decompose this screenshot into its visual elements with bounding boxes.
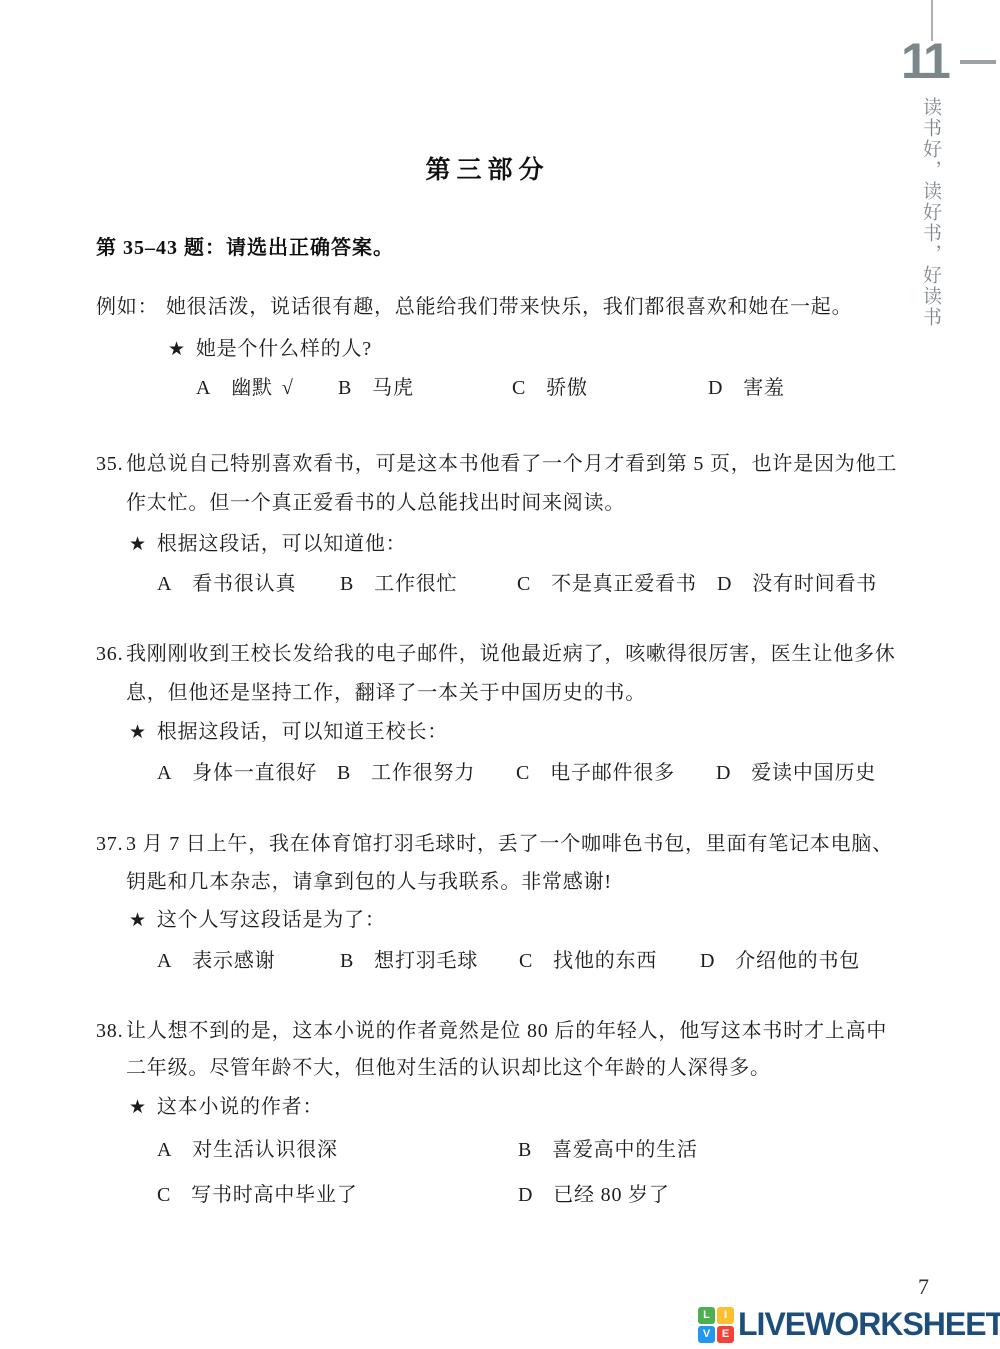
option-text: 想打羽毛球 bbox=[374, 950, 478, 972]
question-row: 35.他总说自己特别喜欢看书，可是这本书他看了一个月才看到第 5 页，也许是因为… bbox=[96, 451, 930, 478]
option-a: A幽默√ bbox=[196, 375, 294, 402]
question-text-line: 他总说自己特别喜欢看书，可是这本书他看了一个月才看到第 5 页，也许是因为他工 bbox=[126, 453, 897, 475]
chapter-dash bbox=[960, 60, 996, 64]
question-number: 36. bbox=[96, 641, 126, 668]
option-d: D爱读中国历史 bbox=[716, 760, 876, 787]
question-prompt: 这个人写这段话是为了： bbox=[157, 909, 386, 931]
option-text: 幽默 bbox=[231, 377, 273, 399]
option-b: B工作很忙 bbox=[340, 571, 457, 598]
option-a: A身体一直很好 bbox=[157, 760, 317, 787]
page-title: 第三部分 bbox=[0, 150, 975, 186]
question-row: 作太忙。但一个真正爱看书的人总能找出时间来阅读。 bbox=[96, 490, 930, 517]
correct-checkmark: √ bbox=[282, 375, 294, 402]
example-text: 她很活泼，说话很有趣，总能给我们带来快乐，我们都很喜欢和她在一起。 bbox=[166, 296, 852, 318]
worksheet-page: 11 读书好，读好书，好读书 第三部分 第 35–43 题：请选出正确答案。 例… bbox=[0, 0, 1000, 1349]
star-icon: ★ bbox=[129, 531, 147, 558]
example-row: 例如：她很活泼，说话很有趣，总能给我们带来快乐，我们都很喜欢和她在一起。 bbox=[96, 294, 930, 321]
option-text: 对生活认识很深 bbox=[192, 1139, 338, 1161]
option-letter: B bbox=[340, 571, 354, 598]
brand-name: LIVEWORKSHEETS bbox=[738, 1306, 1000, 1343]
option-letter: D bbox=[716, 760, 731, 787]
liveworksheets-logo: L I V E LIVEWORKSHEETS bbox=[698, 1306, 1000, 1343]
question-number: 35. bbox=[96, 451, 126, 478]
option-letter: B bbox=[337, 760, 351, 787]
option-text: 没有时间看书 bbox=[752, 573, 877, 595]
chapter-number: 11 bbox=[901, 36, 951, 86]
example-question: 她是个什么样的人? bbox=[196, 338, 372, 360]
question-text-line: 我刚刚收到王校长发给我的电子邮件，说他最近病了，咳嗽得很厉害，医生让他多休 bbox=[126, 643, 896, 665]
option-letter: C bbox=[512, 375, 526, 402]
logo-square-e: E bbox=[717, 1326, 734, 1343]
page-number: 7 bbox=[918, 1274, 929, 1300]
option-text: 已经 80 岁了 bbox=[553, 1184, 669, 1206]
example-question-row: ★她是个什么样的人? bbox=[168, 336, 930, 363]
option-text: 电子邮件很多 bbox=[550, 762, 675, 784]
option-letter: A bbox=[196, 375, 211, 402]
option-c: C电子邮件很多 bbox=[516, 760, 675, 787]
question-prompt-row: ★这个人写这段话是为了： bbox=[129, 907, 930, 934]
question-text-line: 让人想不到的是，这本小说的作者竟然是位 80 后的年轻人，他写这本书时才上高中 bbox=[126, 1020, 887, 1042]
question-prompt: 根据这段话，可以知道王校长： bbox=[157, 721, 448, 743]
question-row: 37.3 月 7 日上午，我在体育馆打羽毛球时，丢了一个咖啡色书包，里面有笔记本… bbox=[96, 831, 930, 858]
question-text-line: 3 月 7 日上午，我在体育馆打羽毛球时，丢了一个咖啡色书包，里面有笔记本电脑、 bbox=[126, 833, 893, 855]
option-b: B马虎 bbox=[338, 375, 414, 402]
option-letter: B bbox=[518, 1137, 532, 1164]
option-letter: C bbox=[519, 948, 533, 975]
question-row: 钥匙和几本杂志，请拿到包的人与我联系。非常感谢! bbox=[96, 869, 930, 896]
option-d: D介绍他的书包 bbox=[700, 948, 860, 975]
option-letter: D bbox=[717, 571, 732, 598]
question-text-line: 二年级。尽管年龄不大，但他对生活的认识却比这个年龄的人深得多。 bbox=[126, 1057, 771, 1079]
option-d: D已经 80 岁了 bbox=[518, 1182, 670, 1209]
logo-square-i: I bbox=[717, 1307, 734, 1324]
star-icon: ★ bbox=[129, 907, 147, 934]
option-a: A表示感谢 bbox=[157, 948, 275, 975]
question-row: 二年级。尽管年龄不大，但他对生活的认识却比这个年龄的人深得多。 bbox=[96, 1055, 930, 1082]
question-text-line: 息，但他还是坚持工作，翻译了一本关于中国历史的书。 bbox=[126, 682, 646, 704]
example-label: 例如： bbox=[96, 294, 166, 321]
option-b: B工作很努力 bbox=[337, 760, 475, 787]
option-text: 介绍他的书包 bbox=[735, 950, 860, 972]
option-letter: A bbox=[157, 760, 172, 787]
logo-square-l: L bbox=[698, 1307, 715, 1324]
option-a: A看书很认真 bbox=[157, 571, 296, 598]
option-d: D害羞 bbox=[708, 375, 785, 402]
question-prompt: 这本小说的作者： bbox=[157, 1096, 323, 1118]
logo-squares-icon: L I V E bbox=[698, 1307, 734, 1343]
option-letter: B bbox=[338, 375, 352, 402]
question-row: 38.让人想不到的是，这本小说的作者竟然是位 80 后的年轻人，他写这本书时才上… bbox=[96, 1018, 930, 1045]
option-text: 喜爱高中的生活 bbox=[552, 1139, 698, 1161]
question-text-line: 钥匙和几本杂志，请拿到包的人与我联系。非常感谢! bbox=[126, 871, 612, 893]
question-number: 38. bbox=[96, 1018, 126, 1045]
option-text: 不是真正爱看书 bbox=[551, 573, 697, 595]
option-c: C不是真正爱看书 bbox=[517, 571, 697, 598]
option-letter: A bbox=[157, 1137, 172, 1164]
question-text-line: 作太忙。但一个真正爱看书的人总能找出时间来阅读。 bbox=[126, 492, 625, 514]
option-b: B喜爱高中的生活 bbox=[518, 1137, 698, 1164]
question-prompt-row: ★根据这段话，可以知道王校长： bbox=[129, 719, 930, 746]
option-d: D没有时间看书 bbox=[717, 571, 877, 598]
option-letter: A bbox=[157, 571, 172, 598]
option-text: 爱读中国历史 bbox=[751, 762, 876, 784]
question-number: 37. bbox=[96, 831, 126, 858]
option-letter: D bbox=[708, 375, 723, 402]
question-prompt-row: ★根据这段话，可以知道他： bbox=[129, 531, 930, 558]
option-text: 身体一直很好 bbox=[192, 762, 317, 784]
star-icon: ★ bbox=[129, 1094, 147, 1121]
option-letter: D bbox=[518, 1182, 533, 1209]
instructions: 第 35–43 题：请选出正确答案。 bbox=[96, 231, 394, 260]
star-icon: ★ bbox=[129, 719, 147, 746]
option-text: 找他的东西 bbox=[553, 950, 657, 972]
option-b: B想打羽毛球 bbox=[340, 948, 478, 975]
option-letter: A bbox=[157, 948, 172, 975]
option-text: 工作很努力 bbox=[371, 762, 475, 784]
option-letter: D bbox=[700, 948, 715, 975]
option-text: 看书很认真 bbox=[192, 573, 296, 595]
option-c: C骄傲 bbox=[512, 375, 588, 402]
option-a: A对生活认识很深 bbox=[157, 1137, 338, 1164]
option-text: 害羞 bbox=[743, 377, 785, 399]
option-text: 马虎 bbox=[372, 377, 414, 399]
option-c: C写书时高中毕业了 bbox=[157, 1182, 358, 1209]
option-letter: C bbox=[516, 760, 530, 787]
option-letter: C bbox=[157, 1182, 171, 1209]
logo-square-v: V bbox=[698, 1326, 715, 1343]
option-letter: C bbox=[517, 571, 531, 598]
option-letter: B bbox=[340, 948, 354, 975]
option-text: 写书时高中毕业了 bbox=[191, 1184, 357, 1206]
question-prompt: 根据这段话，可以知道他： bbox=[157, 533, 407, 555]
option-text: 工作很忙 bbox=[374, 573, 457, 595]
star-icon: ★ bbox=[168, 336, 186, 363]
question-row: 息，但他还是坚持工作，翻译了一本关于中国历史的书。 bbox=[96, 680, 930, 707]
question-row: 36.我刚刚收到王校长发给我的电子邮件，说他最近病了，咳嗽得很厉害，医生让他多休 bbox=[96, 641, 930, 668]
question-prompt-row: ★这本小说的作者： bbox=[129, 1094, 930, 1121]
option-c: C找他的东西 bbox=[519, 948, 657, 975]
option-text: 骄傲 bbox=[546, 377, 588, 399]
option-text: 表示感谢 bbox=[192, 950, 275, 972]
